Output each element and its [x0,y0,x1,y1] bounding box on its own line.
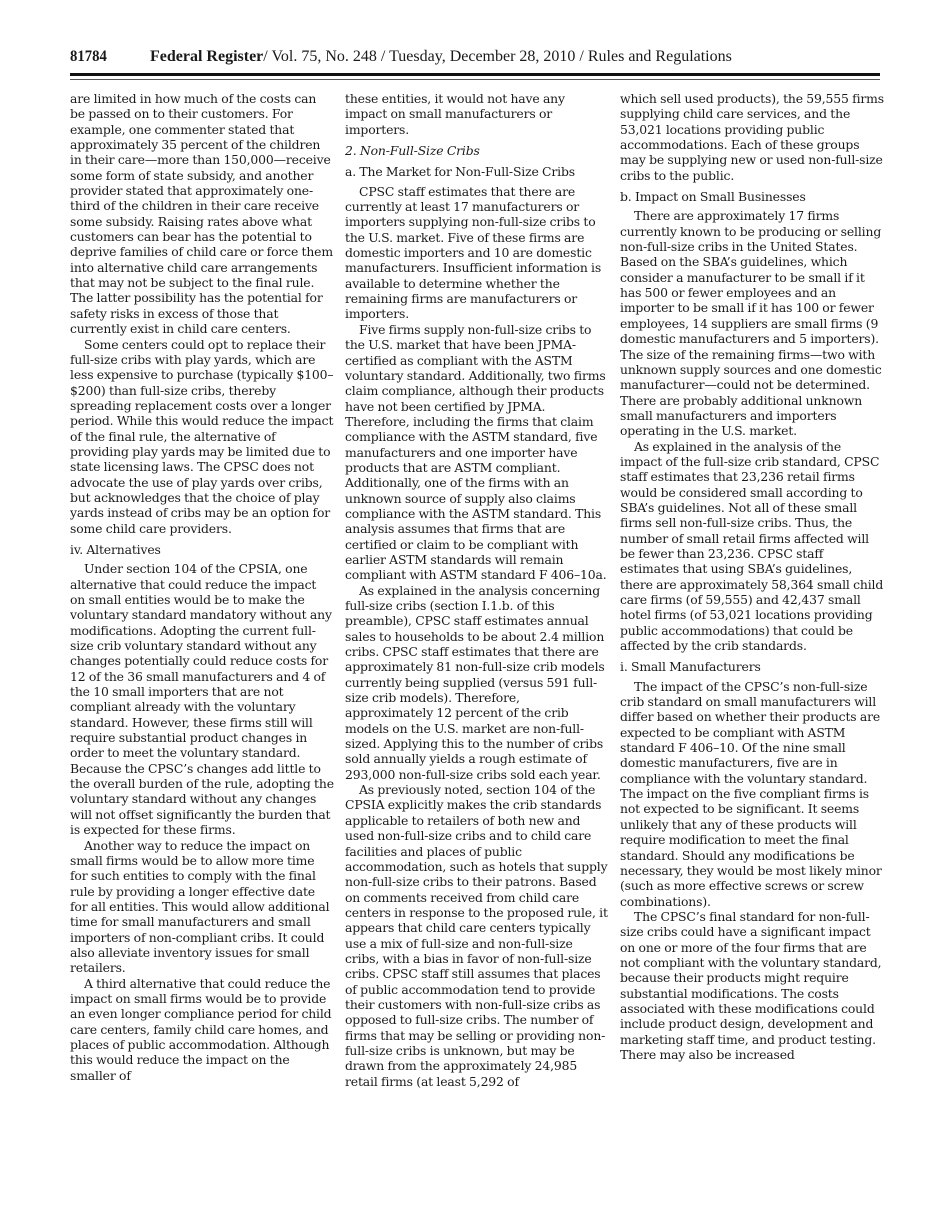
paragraph: A third alternative that could reduce th… [70,976,334,1083]
column-3: which sell used products), the 59,555 fi… [620,91,884,1062]
page-number: 81784 [70,48,144,66]
paragraph: CPSC staff estimates that there are curr… [345,184,609,322]
paragraph: Five firms supply non-full-size cribs to… [345,322,609,583]
paragraph: these entities, it would not have any im… [345,91,609,137]
paragraph: Under section 104 of the CPSIA, one alte… [70,561,334,837]
paragraph: are limited in how much of the costs can… [70,91,334,337]
subsection-heading: a. The Market for Non-Full-Size Cribs [345,164,609,179]
publication-title: Federal Register [150,48,263,65]
paragraph: As explained in the analysis concerning … [345,583,609,782]
paragraph: The CPSC’s final standard for non-full-s… [620,909,884,1062]
subsection-heading: b. Impact on Small Businesses [620,189,884,204]
paragraph: which sell used products), the 59,555 fi… [620,91,884,183]
column-2: these entities, it would not have any im… [345,91,609,1089]
header-rule-thick [70,73,880,76]
issue-info: / Vol. 75, No. 248 / Tuesday, December 2… [263,48,732,65]
paragraph: There are approximately 17 firms current… [620,208,884,438]
paragraph: Some centers could opt to replace their … [70,337,334,536]
page-header: 81784Federal Register/ Vol. 75, No. 248 … [70,48,880,70]
column-1: are limited in how much of the costs can… [70,91,334,1083]
paragraph: As explained in the analysis of the impa… [620,439,884,654]
subsection-heading: i. Small Manufacturers [620,659,884,674]
paragraph: Another way to reduce the impact on smal… [70,838,334,976]
paragraph: As previously noted, section 104 of the … [345,782,609,1089]
section-heading: 2. Non-Full-Size Cribs [345,143,609,158]
header-rule-thin [70,79,880,80]
section-heading: iv. Alternatives [70,542,334,557]
paragraph: The impact of the CPSC’s non-full-size c… [620,679,884,909]
